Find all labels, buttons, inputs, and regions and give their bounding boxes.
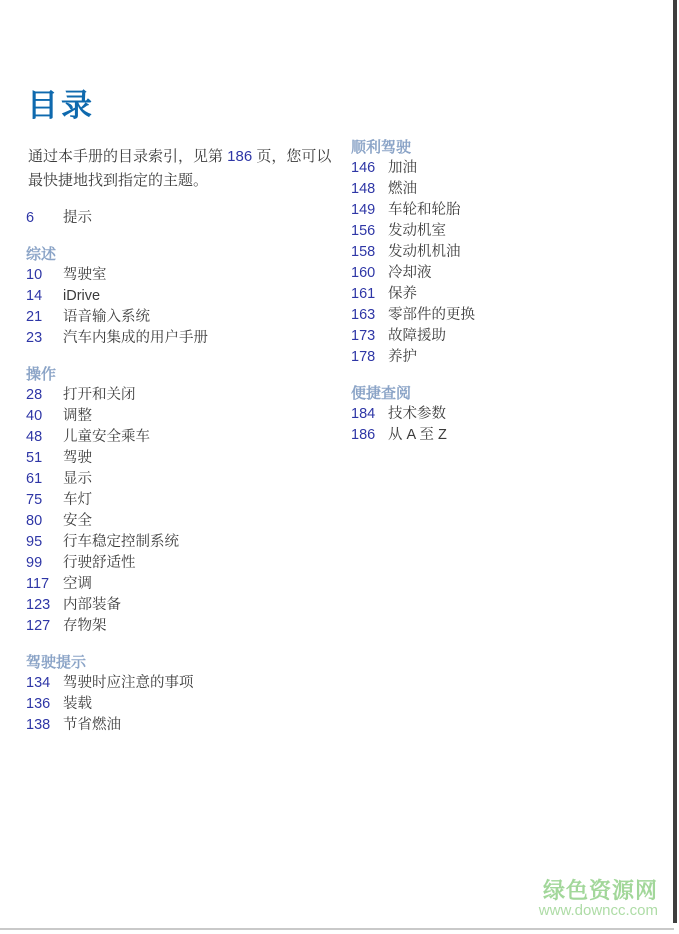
- toc-entry[interactable]: 99行驶舒适性: [26, 553, 336, 574]
- toc-entry-page-number[interactable]: 136: [26, 694, 63, 715]
- toc-entry-label: 空调: [63, 574, 92, 595]
- toc-entry-page-number[interactable]: 40: [26, 406, 63, 427]
- toc-section-header: 便捷查阅: [351, 383, 661, 404]
- toc-section: 操作28打开和关闭40调整48儿童安全乘车51驾驶61显示75车灯80安全95行…: [26, 364, 336, 637]
- intro-page-link[interactable]: 186: [227, 148, 252, 165]
- toc-entry-page-number[interactable]: 48: [26, 427, 63, 448]
- toc-entry[interactable]: 80安全: [26, 511, 336, 532]
- toc-section-header: 驾驶提示: [26, 652, 336, 673]
- toc-entry[interactable]: 23汽车内集成的用户手册: [26, 328, 336, 349]
- toc-entry-label: 节省燃油: [63, 715, 121, 736]
- toc-entry[interactable]: 14iDrive: [26, 286, 336, 307]
- toc-entry-label: 车灯: [63, 490, 92, 511]
- toc-entry[interactable]: 160冷却液: [351, 263, 661, 284]
- toc-entry[interactable]: 184技术参数: [351, 404, 661, 425]
- toc-entry-page-number[interactable]: 95: [26, 532, 63, 553]
- toc-column-right: 顺利驾驶146加油148燃油149车轮和轮胎156发动机室158发动机机油160…: [351, 137, 661, 446]
- manual-toc-page: 目录 通过本手册的目录索引，见第 186 页，您可以最快捷地找到指定的主题。 6…: [0, 0, 679, 934]
- toc-entry[interactable]: 61显示: [26, 469, 336, 490]
- toc-entry-label: 调整: [63, 406, 92, 427]
- toc-entry-page-number[interactable]: 80: [26, 511, 63, 532]
- toc-entry-label: 提示: [63, 208, 92, 229]
- toc-entry-label: 发动机室: [388, 221, 446, 242]
- toc-entry-label: 驾驶: [63, 448, 92, 469]
- toc-section-header: 综述: [26, 244, 336, 265]
- intro-text-prefix: 通过本手册的目录索引，见第: [28, 148, 227, 165]
- watermark-site-name: 绿色资源网: [539, 879, 658, 903]
- toc-entry-page-number[interactable]: 186: [351, 425, 388, 446]
- page-right-edge-shadow: [673, 0, 677, 923]
- toc-entry-label: 装载: [63, 694, 92, 715]
- toc-entry-label: 打开和关闭: [63, 385, 136, 406]
- toc-entry[interactable]: 173故障援助: [351, 326, 661, 347]
- toc-column-left: 6提示综述10驾驶室14iDrive21语音输入系统23汽车内集成的用户手册操作…: [26, 208, 336, 736]
- toc-entry[interactable]: 51驾驶: [26, 448, 336, 469]
- toc-entry[interactable]: 148燃油: [351, 179, 661, 200]
- toc-entry[interactable]: 117空调: [26, 574, 336, 595]
- toc-entry-page-number[interactable]: 117: [26, 574, 63, 595]
- toc-entry[interactable]: 40调整: [26, 406, 336, 427]
- toc-section: 顺利驾驶146加油148燃油149车轮和轮胎156发动机室158发动机机油160…: [351, 137, 661, 368]
- toc-entry-label: 汽车内集成的用户手册: [63, 328, 208, 349]
- page-title: 目录: [27, 89, 95, 123]
- toc-entry-label: 语音输入系统: [63, 307, 150, 328]
- toc-entry-page-number[interactable]: 123: [26, 595, 63, 616]
- toc-entry-page-number[interactable]: 160: [351, 263, 388, 284]
- toc-entry-page-number[interactable]: 21: [26, 307, 63, 328]
- toc-section: 6提示: [26, 208, 336, 229]
- toc-entry-label: 养护: [388, 347, 417, 368]
- toc-entry-page-number[interactable]: 99: [26, 553, 63, 574]
- toc-entry-label: 行车稳定控制系统: [63, 532, 179, 553]
- toc-entry[interactable]: 75车灯: [26, 490, 336, 511]
- toc-entry[interactable]: 95行车稳定控制系统: [26, 532, 336, 553]
- watermark-site-url: www.downcc.com: [539, 903, 658, 920]
- toc-entry-page-number[interactable]: 138: [26, 715, 63, 736]
- toc-entry-label: 故障援助: [388, 326, 446, 347]
- toc-entry[interactable]: 10驾驶室: [26, 265, 336, 286]
- toc-entry[interactable]: 134驾驶时应注意的事项: [26, 673, 336, 694]
- toc-entry-label: 安全: [63, 511, 92, 532]
- toc-entry-label: 发动机机油: [388, 242, 461, 263]
- toc-entry-label: 保养: [388, 284, 417, 305]
- toc-entry-page-number[interactable]: 149: [351, 200, 388, 221]
- toc-entry-page-number[interactable]: 61: [26, 469, 63, 490]
- toc-entry-label: 车轮和轮胎: [388, 200, 461, 221]
- toc-entry-label: 零部件的更换: [388, 305, 475, 326]
- toc-entry-page-number[interactable]: 163: [351, 305, 388, 326]
- toc-section: 驾驶提示134驾驶时应注意的事项136装载138节省燃油: [26, 652, 336, 736]
- toc-entry-label: iDrive: [63, 286, 100, 307]
- toc-entry-label: 存物架: [63, 616, 107, 637]
- toc-entry-page-number[interactable]: 6: [26, 208, 63, 229]
- toc-entry[interactable]: 123内部装备: [26, 595, 336, 616]
- toc-entry-page-number[interactable]: 10: [26, 265, 63, 286]
- toc-section-header: 操作: [26, 364, 336, 385]
- toc-entry[interactable]: 136装载: [26, 694, 336, 715]
- toc-entry[interactable]: 138节省燃油: [26, 715, 336, 736]
- toc-entry[interactable]: 156发动机室: [351, 221, 661, 242]
- toc-entry[interactable]: 146加油: [351, 158, 661, 179]
- toc-section: 综述10驾驶室14iDrive21语音输入系统23汽车内集成的用户手册: [26, 244, 336, 349]
- watermark: 绿色资源网 www.downcc.com: [539, 879, 658, 920]
- toc-entry[interactable]: 178养护: [351, 347, 661, 368]
- toc-entry-label: 燃油: [388, 179, 417, 200]
- toc-entry-page-number[interactable]: 148: [351, 179, 388, 200]
- toc-entry-page-number[interactable]: 158: [351, 242, 388, 263]
- toc-section-header: 顺利驾驶: [351, 137, 661, 158]
- toc-entry[interactable]: 158发动机机油: [351, 242, 661, 263]
- toc-entry-page-number[interactable]: 23: [26, 328, 63, 349]
- toc-entry-page-number[interactable]: 51: [26, 448, 63, 469]
- toc-entry-label: 显示: [63, 469, 92, 490]
- toc-entry-label: 冷却液: [388, 263, 432, 284]
- toc-entry[interactable]: 149车轮和轮胎: [351, 200, 661, 221]
- toc-entry[interactable]: 6提示: [26, 208, 336, 229]
- toc-entry[interactable]: 48儿童安全乘车: [26, 427, 336, 448]
- toc-entry-label: 行驶舒适性: [63, 553, 136, 574]
- toc-entry-page-number[interactable]: 127: [26, 616, 63, 637]
- page-bottom-edge-line: [0, 928, 674, 930]
- toc-section: 便捷查阅184技术参数186从 A 至 Z: [351, 383, 661, 446]
- toc-entry[interactable]: 161保养: [351, 284, 661, 305]
- toc-entry[interactable]: 163零部件的更换: [351, 305, 661, 326]
- toc-entry-page-number[interactable]: 173: [351, 326, 388, 347]
- toc-entry-page-number[interactable]: 156: [351, 221, 388, 242]
- toc-entry[interactable]: 28打开和关闭: [26, 385, 336, 406]
- toc-entry-label: 技术参数: [388, 404, 446, 425]
- toc-entry-label: 儿童安全乘车: [63, 427, 150, 448]
- toc-entry[interactable]: 186从 A 至 Z: [351, 425, 661, 446]
- toc-entry-page-number[interactable]: 178: [351, 347, 388, 368]
- toc-entry-page-number[interactable]: 146: [351, 158, 388, 179]
- toc-entry-label: 内部装备: [63, 595, 121, 616]
- toc-entry-label: 加油: [388, 158, 417, 179]
- toc-entry[interactable]: 127存物架: [26, 616, 336, 637]
- toc-entry-label: 驾驶室: [63, 265, 107, 286]
- toc-entry-page-number[interactable]: 75: [26, 490, 63, 511]
- toc-entry[interactable]: 21语音输入系统: [26, 307, 336, 328]
- toc-entry-page-number[interactable]: 184: [351, 404, 388, 425]
- toc-entry-page-number[interactable]: 28: [26, 385, 63, 406]
- intro-paragraph: 通过本手册的目录索引，见第 186 页，您可以最快捷地找到指定的主题。: [28, 145, 346, 193]
- toc-entry-page-number[interactable]: 161: [351, 284, 388, 305]
- toc-entry-page-number[interactable]: 14: [26, 286, 63, 307]
- toc-entry-page-number[interactable]: 134: [26, 673, 63, 694]
- toc-entry-label: 从 A 至 Z: [388, 425, 447, 446]
- toc-entry-label: 驾驶时应注意的事项: [63, 673, 194, 694]
